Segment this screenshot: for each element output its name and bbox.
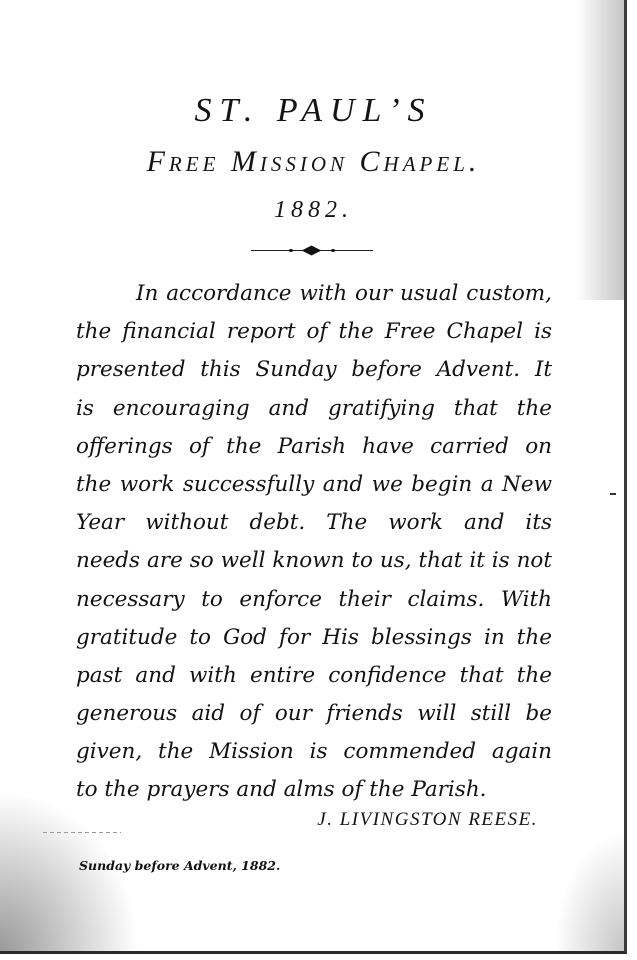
body-line: the financial report of the Free Chapel …	[76, 313, 552, 351]
signature: J. LIVINGSTON REESE.	[317, 809, 538, 831]
body-line: needs are so well known to us, that it i…	[76, 542, 552, 580]
faint-rule	[43, 832, 121, 833]
dateline: Sunday before Advent, 1882.	[79, 858, 280, 873]
body-line: the work successfully and we begin a New	[76, 466, 552, 504]
heading-chapel-name: Free Mission Chapel.	[0, 145, 627, 179]
ornamental-divider-icon	[251, 249, 373, 253]
heading-church-name: ST. PAUL’S	[0, 92, 627, 130]
margin-mark	[610, 493, 616, 495]
body-line: Year without debt. The work and its	[76, 504, 552, 542]
body-line: necessary to enforce their claims. With	[76, 581, 552, 619]
body-line: gratitude to God for His blessings in th…	[76, 619, 552, 657]
body-line: given, the Mission is commended again	[76, 733, 552, 771]
body-line: is encouraging and gratifying that the	[76, 390, 552, 428]
document-page: ST. PAUL’S Free Mission Chapel. 1882. In…	[0, 0, 627, 954]
body-line: past and with entire confidence that the	[76, 657, 552, 695]
page-smudge-bottom-right	[554, 831, 624, 951]
body-line: offerings of the Parish have carried on	[76, 428, 552, 466]
body-line: generous aid of our friends will still b…	[76, 695, 552, 733]
body-line: presented this Sunday before Advent. It	[76, 351, 552, 389]
body-line: In accordance with our usual custom,	[76, 275, 552, 313]
report-body: In accordance with our usual custom, the…	[76, 275, 552, 810]
heading-year: 1882.	[0, 197, 627, 224]
body-line: to the prayers and alms of the Parish.	[76, 771, 552, 809]
